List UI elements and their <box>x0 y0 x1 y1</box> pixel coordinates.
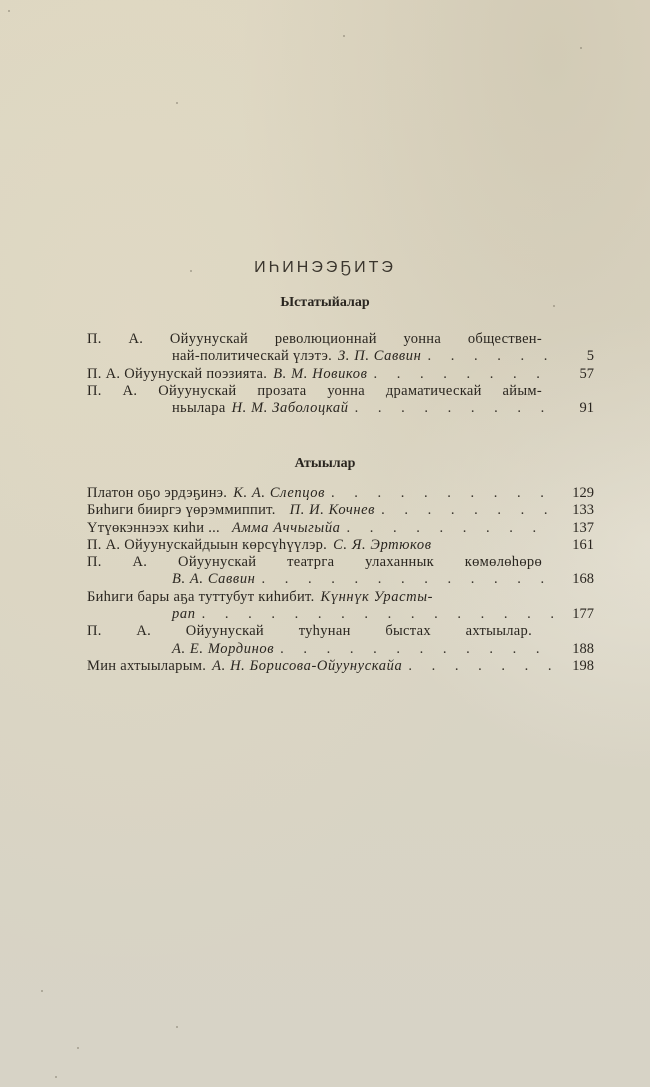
toc-line: П. А. Ойуунускайдыын көрсүһүүлэр. С. Я. … <box>87 537 594 554</box>
toc-line: рап . . . . . . . . . . . . . . . . . . … <box>87 606 594 623</box>
entry-author: Күннүк Урасты- <box>321 589 434 606</box>
toc-entry: Үтүөкэннээх киһи ... Амма Аччыгыйа . . .… <box>87 520 594 537</box>
entry-title: П. А. Ойуунускай туһунан быстах ахтыылар… <box>87 623 532 640</box>
paper-speck <box>343 35 345 37</box>
entry-title: П. А. Ойуунускай революционнай уонна общ… <box>87 331 542 348</box>
page-number: 168 <box>554 571 594 588</box>
paper-speck <box>176 1026 178 1028</box>
entry-author: Н. М. Заболоцкай <box>232 400 349 417</box>
entry-title: Үтүөкэннээх киһи ... <box>87 520 220 537</box>
toc-line: ньылара Н. М. Заболоцкай . . . . . . . .… <box>87 400 594 417</box>
page-number: 133 <box>554 502 594 519</box>
leader-dots: . . . . . . . . . . . . . . . . . . . . … <box>402 658 554 675</box>
entry-author: П. И. Кочнев <box>290 502 375 519</box>
toc-entry: Мин ахтыыларым. А. Н. Борисова-Ойуунуска… <box>87 658 594 675</box>
page-number: 129 <box>554 485 594 502</box>
entry-title: Биһиги бииргэ үөрэммиппит. <box>87 502 276 519</box>
page-number: 177 <box>554 606 594 623</box>
entry-author: К. А. Слепцов <box>233 485 325 502</box>
paper-speck <box>580 47 582 49</box>
leader-dots: . . . . . . . . . . . . . . . . . . . . … <box>274 641 554 658</box>
page-number: 188 <box>554 641 594 658</box>
paper-speck <box>55 1076 57 1078</box>
book-page: ИҺИНЭЭҔИТЭ Ыстатыйалар П. А. Ойуунускай … <box>0 0 650 1087</box>
paper-speck <box>77 1047 79 1049</box>
entry-title: ньылара <box>172 400 226 417</box>
entry-author: В. М. Новиков <box>273 366 367 383</box>
entry-title: Мин ахтыыларым. <box>87 658 206 675</box>
toc-entry: П. А. Ойуунускай туһунан быстах ахтыылар… <box>87 623 594 658</box>
leader-dots: . . . . . . . . . . . . . . . . . . . . … <box>341 520 554 537</box>
toc-line: П. А. Ойуунускай театрга улаханнык көмөл… <box>87 554 594 571</box>
toc-line: Мин ахтыыларым. А. Н. Борисова-Ойуунуска… <box>87 658 594 675</box>
toc-line: П. А. Ойуунускай поэзията. В. М. Новиков… <box>87 366 594 383</box>
toc-section-articles: П. А. Ойуунускай революционнай уонна общ… <box>87 331 594 417</box>
toc-entry: П. А. Ойуунускай поэзията. В. М. Новиков… <box>87 366 594 383</box>
paper-speck <box>8 10 10 12</box>
toc-entry: П. А. Ойуунускай революционнай уонна общ… <box>87 331 594 366</box>
entry-title: П. А. Ойуунускайдыын көрсүһүүлэр. <box>87 537 327 554</box>
entry-author: А. Е. Мординов <box>172 641 274 658</box>
leader-dots: . . . . . . . . . . . . . . . . . . . . … <box>255 571 554 588</box>
toc-line: П. А. Ойуунускай прозата уонна драматиче… <box>87 383 594 400</box>
toc-line: Үтүөкэннээх киһи ... Амма Аччыгыйа . . .… <box>87 520 594 537</box>
toc-entry: П. А. Ойуунускай прозата уонна драматиче… <box>87 383 594 418</box>
page-number: 137 <box>554 520 594 537</box>
paper-speck <box>190 270 192 272</box>
entry-author: З. П. Саввин <box>338 348 421 365</box>
page-number: 91 <box>554 400 594 417</box>
toc-section-memoirs: Платон оҕо эрдэҕинэ. К. А. Слепцов . . .… <box>87 485 594 675</box>
toc-line: Платон оҕо эрдэҕинэ. К. А. Слепцов . . .… <box>87 485 594 502</box>
entry-author: В. А. Саввин <box>172 571 255 588</box>
page-number: 57 <box>554 366 594 383</box>
entry-author: Амма Аччыгыйа <box>232 520 341 537</box>
page-number: 5 <box>554 348 594 365</box>
toc-line: В. А. Саввин . . . . . . . . . . . . . .… <box>87 571 594 588</box>
page-number: 161 <box>554 537 594 554</box>
entry-title: П. А. Ойуунускай прозата уонна драматиче… <box>87 383 542 400</box>
entry-title: най-политическай үлэтэ. <box>172 348 332 365</box>
leader-dots: . . . . . . . . . . . . . . . . . . . . … <box>368 366 555 383</box>
toc-line: Биһиги бииргэ үөрэммиппит. П. И. Кочнев … <box>87 502 594 519</box>
page-heading: ИҺИНЭЭҔИТЭ <box>0 259 650 277</box>
paper-speck <box>553 305 555 307</box>
entry-title: Биһиги бары аҕа туттубут киһибит. <box>87 589 315 606</box>
leader-dots: . . . . . . . . . . . . . . . . . . . . … <box>325 485 554 502</box>
toc-entry: Биһиги бииргэ үөрэммиппит. П. И. Кочнев … <box>87 502 594 519</box>
toc-line: П. А. Ойуунускай революционнай уонна общ… <box>87 331 594 348</box>
leader-dots: . . . . . . . . . . . . . . . . . . . . … <box>349 400 554 417</box>
entry-title: П. А. Ойуунускай театрга улаханнык көмөл… <box>87 554 542 571</box>
toc-line: П. А. Ойуунускай туһунан быстах ахтыылар… <box>87 623 594 640</box>
entry-author: А. Н. Борисова-Ойуунускайа <box>212 658 402 675</box>
entry-author: С. Я. Эртюков <box>333 537 432 554</box>
entry-title: П. А. Ойуунускай поэзията. <box>87 366 267 383</box>
section-title-articles: Ыстатыйалар <box>0 295 650 311</box>
page-number: 198 <box>554 658 594 675</box>
toc-line: Биһиги бары аҕа туттубут киһибит. Күннүк… <box>87 589 594 606</box>
leader-dots: . . . . . . . . . . . . . . . . . . . . … <box>196 606 554 623</box>
leader-dots: . . . . . . . . . . . . . . . . . . . . … <box>375 502 554 519</box>
toc-line: най-политическай үлэтэ. З. П. Саввин . .… <box>87 348 594 365</box>
entry-title: Платон оҕо эрдэҕинэ. <box>87 485 227 502</box>
paper-speck <box>41 990 43 992</box>
paper-speck <box>176 102 178 104</box>
toc-entry: Биһиги бары аҕа туттубут киһибит. Күннүк… <box>87 589 594 624</box>
entry-author-continued: рап <box>172 606 196 623</box>
section-title-memoirs: Атыылар <box>0 456 650 472</box>
toc-entry: П. А. Ойуунускай театрга улаханнык көмөл… <box>87 554 594 589</box>
leader-dots: . . . . . . . . . . . . . . . . . . . . … <box>421 348 554 365</box>
toc-entry: П. А. Ойуунускайдыын көрсүһүүлэр. С. Я. … <box>87 537 594 554</box>
toc-line: А. Е. Мординов . . . . . . . . . . . . .… <box>87 641 594 658</box>
toc-entry: Платон оҕо эрдэҕинэ. К. А. Слепцов . . .… <box>87 485 594 502</box>
